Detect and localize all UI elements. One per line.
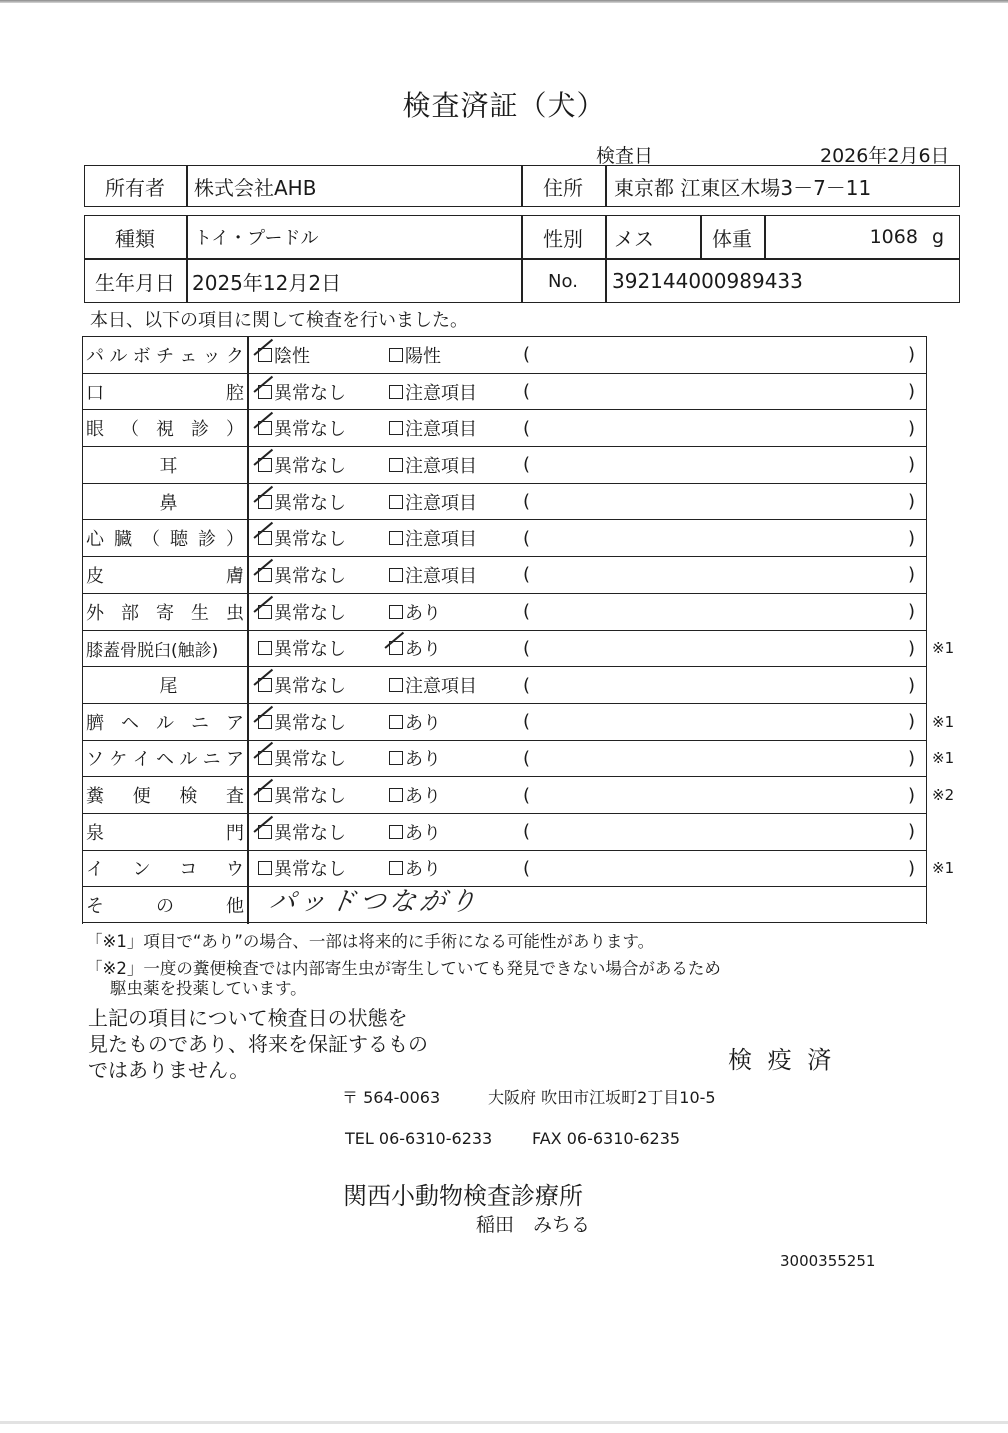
option-abnormal[interactable]: 注意項目 bbox=[389, 520, 477, 556]
item-label-char: 査 bbox=[226, 782, 244, 808]
veterinarian-name: 稲田 みちる bbox=[476, 1210, 590, 1237]
birth-label: 生年月日 bbox=[84, 259, 186, 303]
item-label-char: の bbox=[156, 892, 174, 918]
checkbox-icon[interactable] bbox=[389, 421, 403, 435]
option-label: 異常なし bbox=[274, 599, 346, 625]
option-abnormal[interactable]: 注意項目 bbox=[389, 484, 477, 520]
remarks-close-paren: ) bbox=[908, 594, 915, 630]
item-label: 心臓（聴診） bbox=[86, 520, 244, 556]
weight-value: 1068 g bbox=[764, 215, 954, 259]
item-label-char: ） bbox=[226, 525, 244, 551]
item-label-char: ウ bbox=[226, 855, 244, 881]
checked-checkbox-icon[interactable] bbox=[258, 385, 272, 399]
option-normal[interactable]: 異常なし bbox=[258, 520, 346, 556]
item-label-char: ル bbox=[179, 745, 197, 771]
weight-unit: g bbox=[932, 226, 944, 248]
item-label-char: パ bbox=[86, 342, 104, 368]
item-label-char: 外 bbox=[86, 599, 104, 625]
remarks-open-paren: ( bbox=[523, 631, 530, 667]
option-label: あり bbox=[405, 599, 441, 625]
option-normal[interactable]: 異常なし bbox=[258, 374, 346, 410]
option-abnormal[interactable]: あり bbox=[389, 741, 441, 777]
address-label: 住所 bbox=[521, 165, 605, 207]
item-label-char: 診 bbox=[191, 415, 209, 441]
inspection-row: 糞便検査異常なしあり()※2 bbox=[82, 776, 927, 813]
scan-edge-top bbox=[0, 0, 1008, 3]
option-label: 異常なし bbox=[274, 855, 346, 881]
inspection-row: 皮膚異常なし注意項目() bbox=[82, 556, 927, 593]
remarks-close-paren: ) bbox=[908, 667, 915, 703]
inspection-row: パルボチェック陰性陽性() bbox=[82, 336, 927, 373]
checkbox-icon[interactable] bbox=[389, 385, 403, 399]
option-label: 異常なし bbox=[274, 415, 346, 441]
item-label-char: ッ bbox=[203, 342, 221, 368]
inspection-table: パルボチェック陰性陽性()口腔異常なし注意項目()眼（視診）異常なし注意項目()… bbox=[82, 336, 927, 923]
checked-checkbox-icon[interactable] bbox=[258, 788, 272, 802]
option-abnormal[interactable]: あり bbox=[389, 631, 441, 667]
footnote-marker: ※1 bbox=[932, 741, 954, 777]
checkbox-icon[interactable] bbox=[389, 531, 403, 545]
option-label: 異常なし bbox=[274, 672, 346, 698]
checked-checkbox-icon[interactable] bbox=[258, 348, 272, 362]
item-label-char: チ bbox=[156, 342, 174, 368]
checked-checkbox-icon[interactable] bbox=[389, 641, 403, 655]
clinic-name: 関西小動物検査診療所 bbox=[343, 1176, 583, 1211]
exam-date: 2026年2月6日 bbox=[820, 141, 950, 168]
address-value: 東京都 江東区木場3－7－11 bbox=[614, 165, 954, 207]
item-label-char: （ bbox=[142, 525, 160, 551]
item-label-char: 臍 bbox=[86, 709, 104, 735]
option-label: 異常なし bbox=[274, 635, 346, 661]
item-label-char: そ bbox=[86, 892, 104, 918]
item-label: 外部寄生虫 bbox=[86, 594, 244, 630]
disclaimer-line-3: ではありません。 bbox=[88, 1057, 428, 1083]
item-label-char: 便 bbox=[133, 782, 151, 808]
inspection-row: 外部寄生虫異常なしあり() bbox=[82, 593, 927, 630]
option-label: 注意項目 bbox=[405, 489, 477, 515]
option-label: あり bbox=[405, 635, 441, 661]
inspection-row: 心臓（聴診）異常なし注意項目() bbox=[82, 519, 927, 556]
option-label: 異常なし bbox=[274, 525, 346, 551]
sex-value: メス bbox=[614, 215, 698, 259]
item-label: 膝蓋骨脱臼(触診) bbox=[86, 631, 246, 667]
item-label: パルボチェック bbox=[86, 337, 244, 373]
option-label: 異常なし bbox=[274, 709, 346, 735]
remarks-close-paren: ) bbox=[908, 777, 915, 813]
item-label: 耳 bbox=[86, 447, 251, 483]
postal-code: 〒 564-0063 bbox=[342, 1085, 440, 1108]
option-abnormal[interactable]: 注意項目 bbox=[389, 557, 477, 593]
remarks-open-paren: ( bbox=[523, 557, 530, 593]
option-abnormal[interactable]: あり bbox=[389, 594, 441, 630]
item-label-char: ケ bbox=[109, 745, 127, 771]
remarks-open-paren: ( bbox=[523, 337, 530, 373]
remarks-close-paren: ) bbox=[908, 337, 915, 373]
disclaimer: 上記の項目について検査日の状態を 見たものであり、将来を保証するもの ではありま… bbox=[88, 1005, 428, 1083]
option-label: 注意項目 bbox=[405, 672, 477, 698]
option-label: 異常なし bbox=[274, 562, 346, 588]
option-abnormal[interactable]: 注意項目 bbox=[389, 447, 477, 483]
clinic-address: 大阪府 吹田市江坂町2丁目10-5 bbox=[488, 1085, 716, 1108]
item-label: 鼻 bbox=[86, 484, 251, 520]
checkbox-icon[interactable] bbox=[389, 678, 403, 692]
document-title: 検査済証（犬） bbox=[0, 84, 1008, 124]
item-label-char: ル bbox=[156, 709, 174, 735]
remarks-open-paren: ( bbox=[523, 447, 530, 483]
option-normal[interactable]: 異常なし bbox=[258, 667, 346, 703]
remarks-open-paren: ( bbox=[523, 520, 530, 556]
remarks-open-paren: ( bbox=[523, 704, 530, 740]
inspection-row: 臍ヘルニア異常なしあり()※1 bbox=[82, 703, 927, 740]
option-normal[interactable]: 異常なし bbox=[258, 410, 346, 446]
checkbox-icon[interactable] bbox=[389, 495, 403, 509]
item-label-char: ヘ bbox=[156, 745, 174, 771]
footnote-marker: ※1 bbox=[932, 851, 954, 887]
footnote-2-cont: 駆虫薬を投薬しています。 bbox=[110, 975, 307, 999]
option-normal[interactable]: 陰性 bbox=[258, 337, 310, 373]
item-label-char: 心 bbox=[86, 525, 104, 551]
option-normal[interactable]: 異常なし bbox=[258, 814, 346, 850]
item-label-char: 口 bbox=[86, 379, 104, 405]
item-label-char: ヘ bbox=[121, 709, 139, 735]
option-label: 注意項目 bbox=[405, 562, 477, 588]
item-label-char: 膚 bbox=[226, 562, 244, 588]
inspection-row: 耳異常なし注意項目() bbox=[82, 446, 927, 483]
option-label: あり bbox=[405, 855, 441, 881]
option-label: 注意項目 bbox=[405, 415, 477, 441]
option-normal[interactable]: 異常なし bbox=[258, 447, 346, 483]
checkbox-icon[interactable] bbox=[389, 751, 403, 765]
checkbox-icon[interactable] bbox=[389, 605, 403, 619]
inspection-row: 尾異常なし注意項目() bbox=[82, 666, 927, 703]
birth-value: 2025年12月2日 bbox=[192, 259, 512, 303]
option-normal[interactable]: 異常なし bbox=[258, 594, 346, 630]
remarks-close-paren: ) bbox=[908, 447, 915, 483]
remarks-close-paren: ) bbox=[908, 704, 915, 740]
item-label-char: 診 bbox=[198, 525, 216, 551]
option-label: あり bbox=[405, 819, 441, 845]
option-normal[interactable]: 異常なし bbox=[258, 557, 346, 593]
option-label: 陰性 bbox=[274, 342, 310, 368]
checked-checkbox-icon[interactable] bbox=[258, 421, 272, 435]
option-label: 異常なし bbox=[274, 819, 346, 845]
item-label: その他 bbox=[86, 887, 244, 922]
breed-value: トイ・プードル bbox=[194, 215, 514, 259]
remarks-close-paren: ) bbox=[908, 374, 915, 410]
checked-checkbox-icon[interactable] bbox=[258, 568, 272, 582]
remarks-open-paren: ( bbox=[523, 814, 530, 850]
item-label-char: イ bbox=[86, 855, 104, 881]
option-label: 陽性 bbox=[405, 342, 441, 368]
option-abnormal[interactable]: あり bbox=[389, 704, 441, 740]
number-value: 392144000989433 bbox=[612, 259, 952, 303]
checkbox-icon[interactable] bbox=[389, 348, 403, 362]
item-label-char: ） bbox=[226, 415, 244, 441]
item-label-char: ェ bbox=[179, 342, 197, 368]
sex-label: 性別 bbox=[521, 215, 605, 259]
item-label: 口腔 bbox=[86, 374, 244, 410]
inspection-row: 鼻異常なし注意項目() bbox=[82, 483, 927, 520]
remarks-close-paren: ) bbox=[908, 520, 915, 556]
inspection-row: 泉門異常なしあり() bbox=[82, 813, 927, 850]
item-label-char: 糞 bbox=[86, 782, 104, 808]
checkbox-icon[interactable] bbox=[389, 861, 403, 875]
weight-number: 1068 bbox=[870, 226, 918, 248]
inspection-row: 眼（視診）異常なし注意項目() bbox=[82, 409, 927, 446]
checkbox-icon[interactable] bbox=[389, 788, 403, 802]
option-label: 異常なし bbox=[274, 379, 346, 405]
remarks-open-paren: ( bbox=[523, 374, 530, 410]
checkbox-icon[interactable] bbox=[258, 641, 272, 655]
item-label-char: ン bbox=[133, 855, 151, 881]
option-label: あり bbox=[405, 745, 441, 771]
inspection-row: インコウ異常なしあり()※1 bbox=[82, 850, 927, 887]
option-label: あり bbox=[405, 782, 441, 808]
item-label: 尾 bbox=[86, 667, 251, 703]
footnote-marker: ※1 bbox=[932, 631, 954, 667]
option-normal[interactable]: 異常なし bbox=[258, 631, 346, 667]
checked-checkbox-icon[interactable] bbox=[258, 678, 272, 692]
remarks-open-paren: ( bbox=[523, 777, 530, 813]
inspection-row-other: その他パッドつながり bbox=[82, 886, 927, 923]
footnote-marker: ※2 bbox=[932, 777, 954, 813]
remarks-close-paren: ) bbox=[908, 851, 915, 887]
inspection-row: ソケイヘルニア異常なしあり()※1 bbox=[82, 740, 927, 777]
item-label-char: 検 bbox=[179, 782, 197, 808]
option-abnormal[interactable]: 陽性 bbox=[389, 337, 441, 373]
checkbox-icon[interactable] bbox=[258, 861, 272, 875]
option-normal[interactable]: 異常なし bbox=[258, 484, 346, 520]
item-label-char: イ bbox=[133, 745, 151, 771]
item-label-char: 眼 bbox=[86, 415, 104, 441]
remarks-close-paren: ) bbox=[908, 631, 915, 667]
checked-checkbox-icon[interactable] bbox=[258, 458, 272, 472]
clinic-fax: FAX 06-6310-6235 bbox=[532, 1129, 680, 1148]
item-label: 眼（視診） bbox=[86, 410, 244, 446]
item-label-char: 視 bbox=[156, 415, 174, 441]
item-label-char: コ bbox=[179, 855, 197, 881]
remarks-open-paren: ( bbox=[523, 484, 530, 520]
item-label-char: 他 bbox=[226, 892, 244, 918]
checked-checkbox-icon[interactable] bbox=[258, 715, 272, 729]
item-label-char: 部 bbox=[121, 599, 139, 625]
remarks-close-paren: ) bbox=[908, 410, 915, 446]
item-label-char: 寄 bbox=[156, 599, 174, 625]
item-label-char: 皮 bbox=[86, 562, 104, 588]
item-label-char: 泉 bbox=[86, 819, 104, 845]
item-label-char: 虫 bbox=[226, 599, 244, 625]
owner-value: 株式会社AHB bbox=[194, 165, 514, 207]
item-label-char: ニ bbox=[191, 709, 209, 735]
remarks-open-paren: ( bbox=[523, 410, 530, 446]
option-label: 注意項目 bbox=[405, 379, 477, 405]
disclaimer-line-2: 見たものであり、将来を保証するもの bbox=[88, 1031, 428, 1057]
remarks-close-paren: ) bbox=[908, 814, 915, 850]
option-abnormal[interactable]: 注意項目 bbox=[389, 667, 477, 703]
option-label: 異常なし bbox=[274, 745, 346, 771]
option-normal[interactable]: 異常なし bbox=[258, 777, 346, 813]
option-label: 異常なし bbox=[274, 452, 346, 478]
option-abnormal[interactable]: あり bbox=[389, 777, 441, 813]
exam-date-label: 検査日 bbox=[596, 141, 653, 168]
item-label-char: ア bbox=[226, 745, 244, 771]
option-abnormal[interactable]: 注意項目 bbox=[389, 374, 477, 410]
checked-checkbox-icon[interactable] bbox=[258, 531, 272, 545]
option-label: 異常なし bbox=[274, 782, 346, 808]
intro-text: 本日、以下の項目に関して検査を行いました。 bbox=[90, 306, 468, 332]
document-number: 3000355251 bbox=[780, 1252, 875, 1270]
option-label: あり bbox=[405, 709, 441, 735]
item-label-char: 聴 bbox=[170, 525, 188, 551]
number-label: No. bbox=[521, 259, 605, 303]
checked-checkbox-icon[interactable] bbox=[258, 751, 272, 765]
checked-checkbox-icon[interactable] bbox=[258, 495, 272, 509]
item-label-char: ニ bbox=[203, 745, 221, 771]
inspection-row: 膝蓋骨脱臼(触診)異常なしあり()※1 bbox=[82, 630, 927, 667]
option-normal[interactable]: 異常なし bbox=[258, 704, 346, 740]
disclaimer-line-1: 上記の項目について検査日の状態を bbox=[88, 1005, 428, 1031]
remarks-open-paren: ( bbox=[523, 667, 530, 703]
item-label-char: ア bbox=[226, 709, 244, 735]
item-label-char: ソ bbox=[86, 745, 104, 771]
item-label-char: 臓 bbox=[114, 525, 132, 551]
inspection-table-divider bbox=[247, 336, 249, 924]
scan-edge-bottom bbox=[0, 1421, 1008, 1424]
checkbox-icon[interactable] bbox=[389, 568, 403, 582]
item-label: 泉門 bbox=[86, 814, 244, 850]
item-label-char: 腔 bbox=[226, 379, 244, 405]
item-label-char: ク bbox=[226, 342, 244, 368]
checkbox-icon[interactable] bbox=[389, 825, 403, 839]
option-normal[interactable]: 異常なし bbox=[258, 741, 346, 777]
option-abnormal[interactable]: 注意項目 bbox=[389, 410, 477, 446]
option-label: 注意項目 bbox=[405, 525, 477, 551]
option-abnormal[interactable]: あり bbox=[389, 814, 441, 850]
option-label: 異常なし bbox=[274, 489, 346, 515]
checkbox-icon[interactable] bbox=[389, 458, 403, 472]
item-label: 糞便検査 bbox=[86, 777, 244, 813]
footnote-1: 「※1」項目で“あり”の場合、一部は将来的に手術になる可能性があります。 bbox=[86, 928, 654, 952]
remarks-close-paren: ) bbox=[908, 484, 915, 520]
checked-checkbox-icon[interactable] bbox=[258, 825, 272, 839]
item-label: ソケイヘルニア bbox=[86, 741, 244, 777]
item-label: 臍ヘルニア bbox=[86, 704, 244, 740]
weight-label: 体重 bbox=[700, 215, 764, 259]
item-label-char: ル bbox=[109, 342, 127, 368]
footnote-marker: ※1 bbox=[932, 704, 954, 740]
owner-label: 所有者 bbox=[84, 165, 186, 207]
remarks-open-paren: ( bbox=[523, 741, 530, 777]
breed-label: 種類 bbox=[84, 215, 186, 259]
item-label: 皮膚 bbox=[86, 557, 244, 593]
remarks-close-paren: ) bbox=[908, 557, 915, 593]
remarks-open-paren: ( bbox=[523, 594, 530, 630]
remarks-open-paren: ( bbox=[523, 851, 530, 887]
remarks-close-paren: ) bbox=[908, 741, 915, 777]
quarantine-stamp: 検 疫 済 bbox=[728, 1040, 835, 1075]
checked-checkbox-icon[interactable] bbox=[258, 605, 272, 619]
inspection-row: 口腔異常なし注意項目() bbox=[82, 373, 927, 410]
item-label-char: ボ bbox=[133, 342, 151, 368]
item-label-char: 生 bbox=[191, 599, 209, 625]
clinic-tel: TEL 06-6310-6233 bbox=[345, 1129, 492, 1148]
item-label: インコウ bbox=[86, 851, 244, 887]
handwritten-remark: パッドつながり bbox=[267, 881, 482, 918]
item-label-char: 門 bbox=[226, 819, 244, 845]
option-label: 注意項目 bbox=[405, 452, 477, 478]
item-label-char: （ bbox=[121, 415, 139, 441]
checkbox-icon[interactable] bbox=[389, 715, 403, 729]
